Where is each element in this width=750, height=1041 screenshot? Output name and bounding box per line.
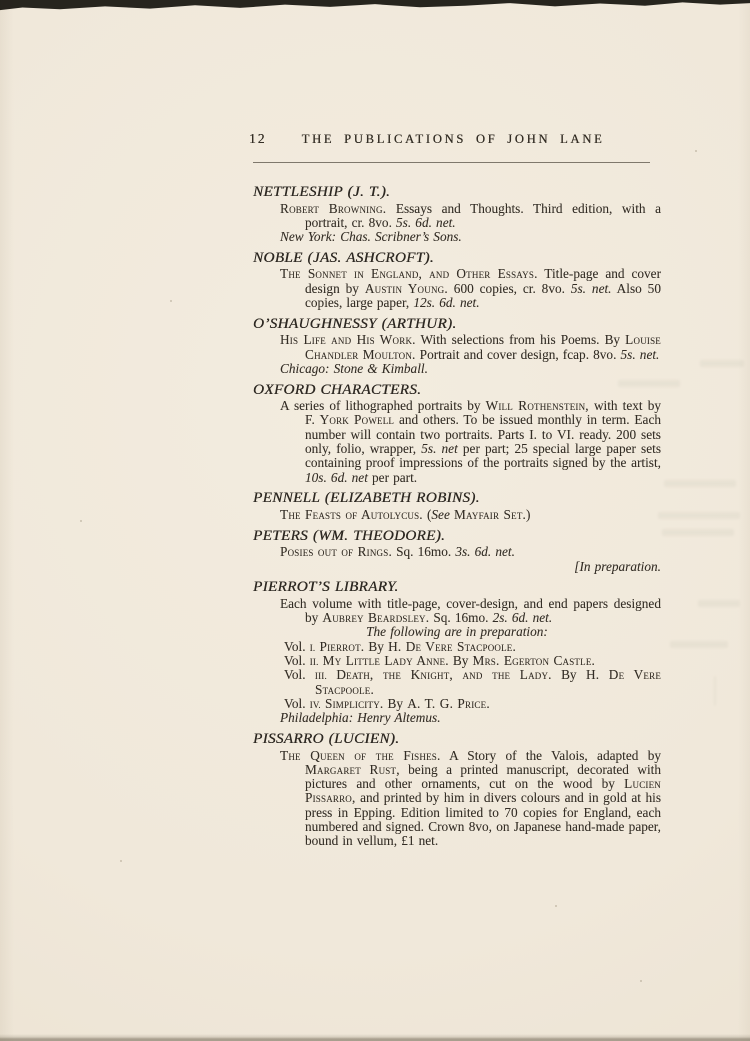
- text-segment: Chicago: Stone & Kimball.: [280, 361, 428, 376]
- text-segment: Robert Browning.: [280, 201, 386, 216]
- text-segment: Pierrot.: [319, 639, 364, 654]
- entry-block-imprint: New York: Chas. Scribner’s Sons.: [253, 230, 661, 244]
- entries: NETTLESHIP (J. T.).Robert Browning. Essa…: [253, 183, 661, 849]
- entry-block-imprint: Chicago: Stone & Kimball.: [253, 362, 661, 376]
- entry-block-hang: A series of lithographed portraits by Wi…: [253, 399, 661, 485]
- entry-pissarro: PISSARRO (LUCIEN).The Queen of the Fishe…: [253, 730, 661, 849]
- text-segment: A. T. G. Price.: [407, 696, 490, 711]
- entry-block-vol: Vol. III. Death, the Knight, and the Lad…: [253, 668, 661, 697]
- text-segment: II.: [310, 653, 319, 668]
- text-segment: 5s. net.: [621, 347, 660, 362]
- entry-pennell: PENNELL (ELIZABETH ROBINS).The Feasts of…: [253, 489, 661, 522]
- text-segment: [In preparation.: [574, 559, 661, 574]
- text-segment: New York: Chas. Scribner’s Sons.: [280, 229, 462, 244]
- text-segment: Vol.: [284, 639, 310, 654]
- entry-block-vol: Vol. I. Pierrot. By H. De Vere Stacpoole…: [253, 640, 661, 654]
- text-segment: ): [526, 507, 530, 522]
- entry-heading: OXFORD CHARACTERS.: [253, 381, 661, 398]
- text-segment: 600 copies, cr. 8vo.: [448, 281, 571, 296]
- text-segment: See: [431, 507, 449, 522]
- scan-top-edge: [0, 0, 750, 11]
- text-segment: Death, the Knight, and the Lady.: [336, 667, 551, 682]
- entry-block-rightline: [In preparation.: [253, 560, 661, 574]
- paper-speck: [80, 520, 82, 522]
- entry-block-hang: His Life and His Work. With selections f…: [253, 333, 661, 362]
- entry-block-hang: Posies out of Rings. Sq. 16mo. 3s. 6d. n…: [253, 545, 661, 559]
- text-segment: and printed by him in divers colours and…: [305, 790, 661, 848]
- text-segment: A series of lithographed portraits by: [280, 398, 486, 413]
- text-segment: The Feasts of Autolycus.: [280, 507, 423, 522]
- entry-heading: NOBLE (JAS. ASHCROFT).: [253, 249, 661, 266]
- text-segment: IV.: [310, 696, 321, 711]
- entry-oshaughnessy: O’SHAUGHNESSY (ARTHUR).His Life and His …: [253, 315, 661, 376]
- show-through-mark: [700, 360, 744, 367]
- text-segment: Will Rothenstein,: [486, 398, 589, 413]
- text-segment: Posies out of Rings.: [280, 544, 392, 559]
- text-segment: 12s. 6d. net.: [413, 295, 479, 310]
- entry-heading: PENNELL (ELIZABETH ROBINS).: [253, 489, 661, 506]
- entry-noble: NOBLE (JAS. ASHCROFT).The Sonnet in Engl…: [253, 249, 661, 310]
- text-segment: 5s. net: [421, 441, 458, 456]
- entry-block-imprint: Philadelphia: Henry Altemus.: [253, 711, 661, 725]
- text-segment: By: [552, 667, 586, 682]
- show-through-mark: [658, 512, 740, 519]
- paper-speck: [120, 860, 122, 862]
- paper-speck: [695, 150, 697, 152]
- text-segment: The following are in preparation:: [366, 624, 548, 639]
- entry-block-vol: Vol. II. My Little Lady Anne. By Mrs. Eg…: [253, 654, 661, 668]
- text-segment: Sq. 16mo.: [392, 544, 455, 559]
- text-segment: 10s. 6d. net: [305, 470, 368, 485]
- entry-block-centerline: The following are in preparation:: [253, 625, 661, 639]
- entry-pierrots-library: PIERROT’S LIBRARY.Each volume with title…: [253, 578, 661, 725]
- text-segment: Philadelphia: Henry Altemus.: [280, 710, 441, 725]
- entry-heading: NETTLESHIP (J. T.).: [253, 183, 661, 200]
- show-through-mark: [662, 529, 734, 536]
- entry-block-vol: Vol. IV. Simplicity. By A. T. G. Price.: [253, 697, 661, 711]
- entry-block-hang: Each volume with title-page, cover-desig…: [253, 597, 661, 626]
- entry-block-hang: Robert Browning. Essays and Thoughts. Th…: [253, 202, 661, 231]
- entry-block-hang: The Queen of the Fishes. A Story of the …: [253, 749, 661, 849]
- scan-bottom-edge: [0, 1034, 750, 1041]
- entry-oxford-characters: OXFORD CHARACTERS.A series of lithograph…: [253, 381, 661, 485]
- entry-block-hang: The Feasts of Autolycus. (See Mayfair Se…: [253, 508, 661, 522]
- entry-peters: PETERS (WM. THEODORE).Posies out of Ring…: [253, 527, 661, 574]
- header-rule: [253, 162, 650, 163]
- text-segment: H. De Vere Stacpoole.: [388, 639, 516, 654]
- text-segment: Vol.: [284, 667, 315, 682]
- show-through-mark: [664, 480, 736, 487]
- text-segment: Austin Young.: [365, 281, 448, 296]
- show-through-mark: [698, 600, 740, 607]
- text-segment: Vol.: [284, 653, 310, 668]
- text-segment: A Story of the Valois, adapted by: [441, 748, 661, 763]
- entry-heading: PETERS (WM. THEODORE).: [253, 527, 661, 544]
- paper-speck: [555, 905, 557, 907]
- show-through-mark: [670, 641, 728, 648]
- text-segment: My Little Lady Anne.: [323, 653, 449, 668]
- entry-heading: O’SHAUGHNESSY (ARTHUR).: [253, 315, 661, 332]
- text-segment: III.: [315, 667, 327, 682]
- entry-heading: PIERROT’S LIBRARY.: [253, 578, 661, 595]
- text-segment: By: [383, 696, 407, 711]
- text-segment: Portrait and cover design, fcap. 8vo.: [416, 347, 621, 362]
- entry-nettleship: NETTLESHIP (J. T.).Robert Browning. Essa…: [253, 183, 661, 244]
- text-segment: Vol.: [284, 696, 310, 711]
- scanned-book-page: 12 THE PUBLICATIONS OF JOHN LANE NETTLES…: [0, 0, 750, 1041]
- entry-heading: PISSARRO (LUCIEN).: [253, 730, 661, 747]
- text-segment: F. York Powell: [305, 412, 394, 427]
- text-segment: The Sonnet in England, and Other Essays.: [280, 266, 538, 281]
- text-segment: 3s. 6d. net.: [455, 544, 515, 559]
- text-segment: Mayfair Set.: [454, 507, 526, 522]
- paper-speck: [640, 980, 642, 982]
- text-segment: 5s. 6d. net.: [396, 215, 456, 230]
- text-segment: Margaret Rust,: [305, 762, 400, 777]
- entry-block-hang: The Sonnet in England, and Other Essays.…: [253, 267, 661, 310]
- text-segment: with text by: [589, 398, 661, 413]
- running-header: THE PUBLICATIONS OF JOHN LANE: [253, 132, 653, 147]
- text-segment: 2s. 6d. net.: [493, 610, 553, 625]
- text-segment: per part.: [368, 470, 417, 485]
- text-segment: Simplicity.: [325, 696, 383, 711]
- text-segment: The Queen of the Fishes.: [280, 748, 441, 763]
- text-segment: Sq. 16mo.: [429, 610, 492, 625]
- paper-speck: [170, 300, 172, 302]
- text-segment: By: [449, 653, 473, 668]
- text-segment: Aubrey Beardsley.: [322, 610, 429, 625]
- text-segment: By: [364, 639, 388, 654]
- show-through-mark: [714, 676, 716, 706]
- text-segment: 5s. net.: [571, 281, 612, 296]
- text-segment: With selections from his Poems. By: [416, 332, 625, 347]
- text-segment: His Life and His Work.: [280, 332, 416, 347]
- text-segment: Mrs. Egerton Castle.: [473, 653, 596, 668]
- text-segment: [327, 667, 336, 682]
